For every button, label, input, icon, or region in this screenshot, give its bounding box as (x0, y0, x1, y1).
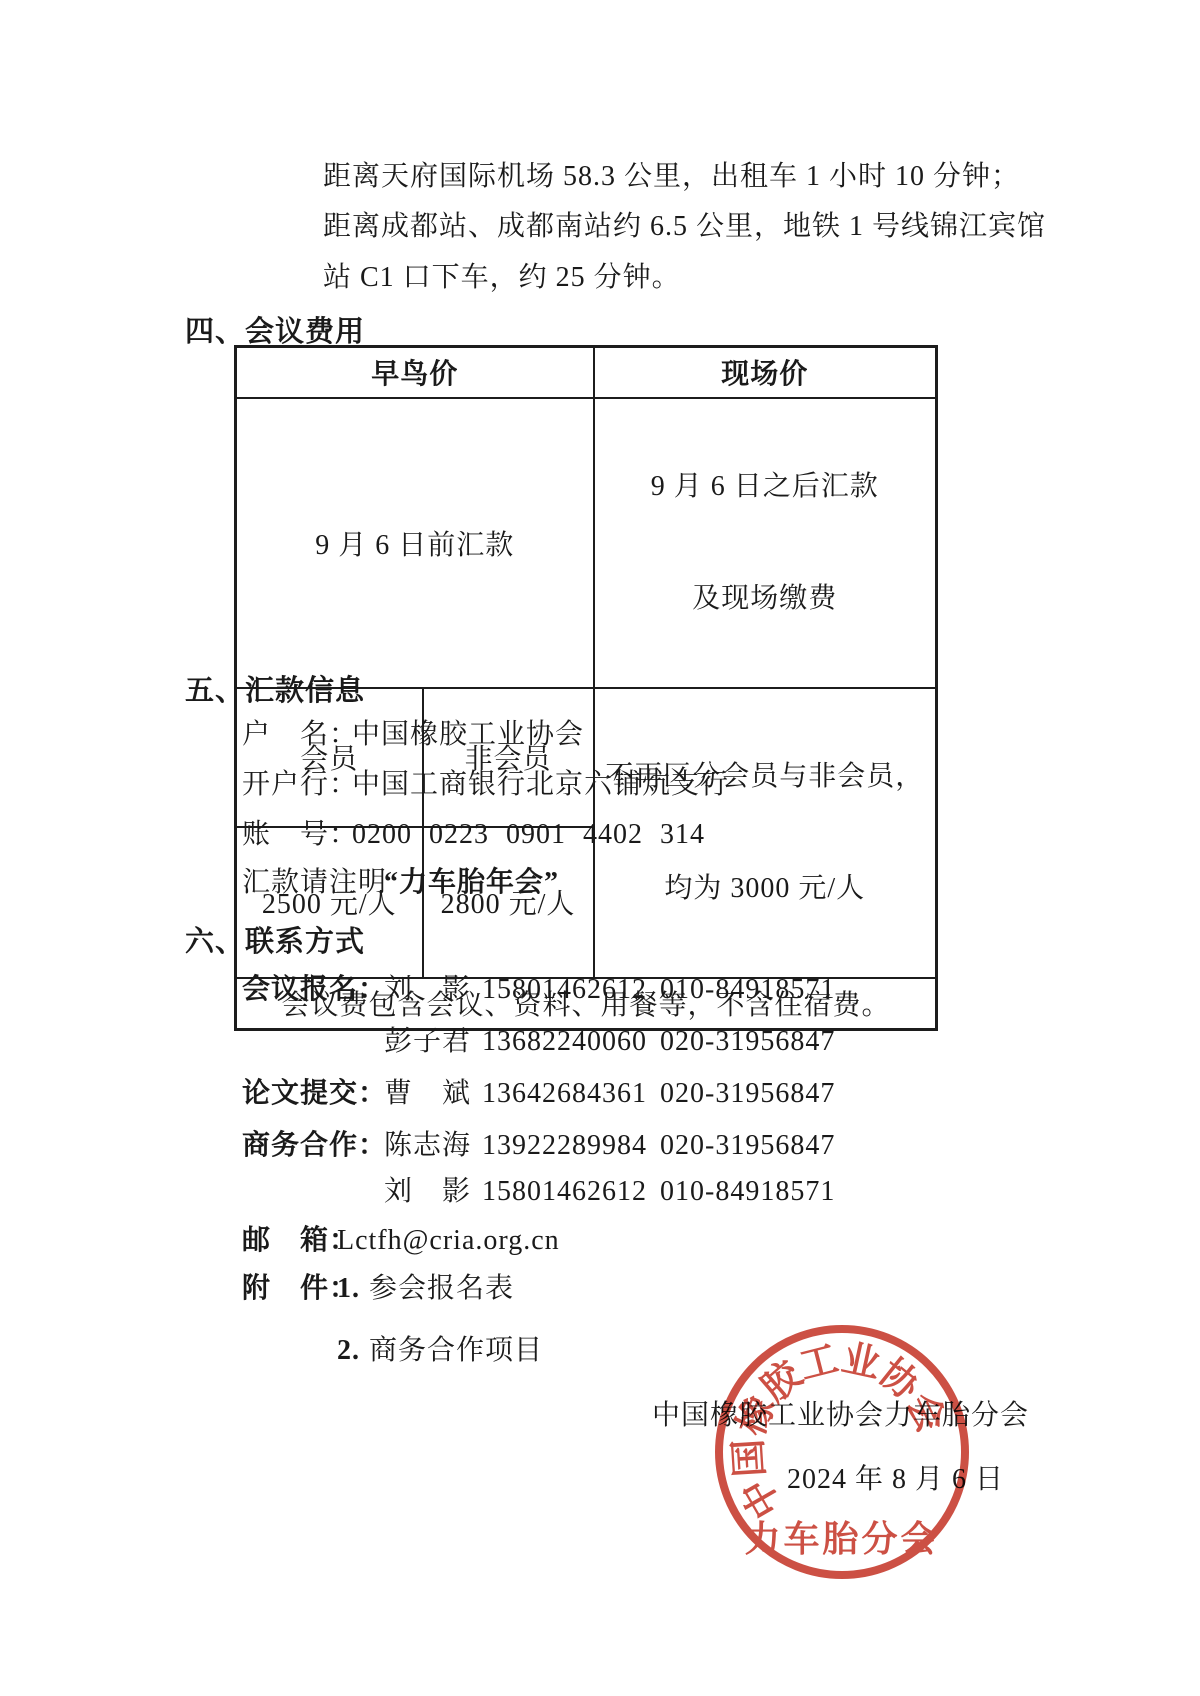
remittance-row-account-name: 户 名： 中国橡胶工业协会 (0, 718, 1200, 752)
contact-label: 论文提交： (242, 1077, 387, 1111)
account-name-label: 户 名： (242, 718, 358, 752)
contact-label: 会议报名： (242, 973, 387, 1007)
contact-row: 会议报名： 刘 影 15801462612 010-84918571 (0, 973, 1200, 1007)
section-heading-remittance: 五、汇款信息 (185, 668, 365, 709)
contact-tel: 010-84918571 (660, 973, 835, 1007)
travel-line-3: 站 C1 口下车，约 25 分钟。 (323, 261, 681, 295)
fee-nonmember-header: 非会员 (423, 688, 594, 827)
account-number-value: 0200 0223 0901 4402 314 (352, 818, 705, 852)
contact-row: 彭子君 13682240060 020-31956847 (0, 1025, 1200, 1059)
attachment-number: 2. (337, 1334, 360, 1368)
contact-name: 彭子君 (384, 1025, 471, 1059)
fee-table-condition-row: 9 月 6 日前汇款 9 月 6 日之后汇款 及现场缴费 (236, 398, 937, 688)
account-number-label: 账 号： (242, 818, 358, 852)
attachment-row-2: 2. 商务合作项目 (0, 1334, 1200, 1368)
contact-name: 刘 影 (384, 1175, 471, 1209)
contact-tel: 010-84918571 (660, 1175, 835, 1209)
seal-bottom-text: 力车胎分会 (744, 1511, 939, 1562)
contact-row: 刘 影 15801462612 010-84918571 (0, 1175, 1200, 1209)
contact-tel: 020-31956847 (660, 1025, 835, 1059)
contact-name: 曹 斌 (384, 1077, 471, 1111)
fee-onsite-condition-line2: 及现场缴费 (595, 575, 936, 623)
fee-header-early-bird: 早鸟价 (236, 347, 594, 398)
remittance-row-account-number: 账 号： 0200 0223 0901 4402 314 (0, 818, 1200, 852)
section-heading-contact: 六、联系方式 (185, 919, 365, 960)
fee-onsite-condition: 9 月 6 日之后汇款 及现场缴费 (594, 398, 937, 688)
email-value: Lctfh@cria.org.cn (337, 1224, 560, 1258)
travel-line-1: 距离天府国际机场 58.3 公里，出租车 1 小时 10 分钟； (323, 160, 1020, 194)
remittance-row-bank: 开户行： 中国工商银行北京六铺炕支行 (0, 768, 1200, 802)
contact-name: 刘 影 (384, 973, 471, 1007)
fee-early-condition: 9 月 6 日前汇款 (236, 398, 594, 688)
contact-phone: 15801462612 (482, 973, 647, 1007)
bank-value: 中国工商银行北京六铺炕支行 (352, 768, 729, 802)
seal-arc-char: 中 (736, 1472, 788, 1524)
bank-label: 开户行： (242, 768, 358, 802)
section-heading-fees: 四、会议费用 (185, 309, 365, 350)
remittance-note-quoted: “力车胎年会” (384, 866, 559, 900)
fee-header-onsite: 现场价 (594, 347, 937, 398)
attachment-text: 商务合作项目 (369, 1334, 543, 1368)
contact-phone: 13682240060 (482, 1025, 647, 1059)
document-page: 距离天府国际机场 58.3 公里，出租车 1 小时 10 分钟； 距离成都站、成… (0, 0, 1200, 1696)
contact-phone: 13922289984 (482, 1129, 647, 1163)
remittance-note-prefix: 汇款请注明 (242, 866, 387, 900)
account-name-value: 中国橡胶工业协会 (352, 718, 584, 752)
email-row: 邮 箱： Lctfh@cria.org.cn (0, 1224, 1200, 1258)
contact-label: 商务合作： (242, 1129, 387, 1163)
signature-org: 中国橡胶工业协会力车胎分会 (652, 1399, 1029, 1433)
attachment-number: 1. (337, 1272, 360, 1306)
contact-row: 商务合作： 陈志海 13922289984 020-31956847 (0, 1129, 1200, 1163)
contact-tel: 020-31956847 (660, 1129, 835, 1163)
remittance-note: 汇款请注明 “力车胎年会” (0, 866, 1200, 900)
fee-table-header-row: 早鸟价 现场价 (236, 347, 937, 398)
contact-tel: 020-31956847 (660, 1077, 835, 1111)
attachment-row-1: 附 件： 1. 参会报名表 (0, 1272, 1200, 1306)
contact-name: 陈志海 (384, 1129, 471, 1163)
travel-line-2: 距离成都站、成都南站约 6.5 公里，地铁 1 号线锦江宾馆 (323, 210, 1046, 244)
signature-date: 2024 年 8 月 6 日 (787, 1463, 1004, 1497)
contact-phone: 15801462612 (482, 1175, 647, 1209)
attachment-text: 参会报名表 (369, 1272, 514, 1306)
fee-onsite-condition-line1: 9 月 6 日之后汇款 (595, 463, 936, 511)
seal-arc-char: 国 (730, 1438, 770, 1478)
contact-phone: 13642684361 (482, 1077, 647, 1111)
contact-row: 论文提交： 曹 斌 13642684361 020-31956847 (0, 1077, 1200, 1111)
